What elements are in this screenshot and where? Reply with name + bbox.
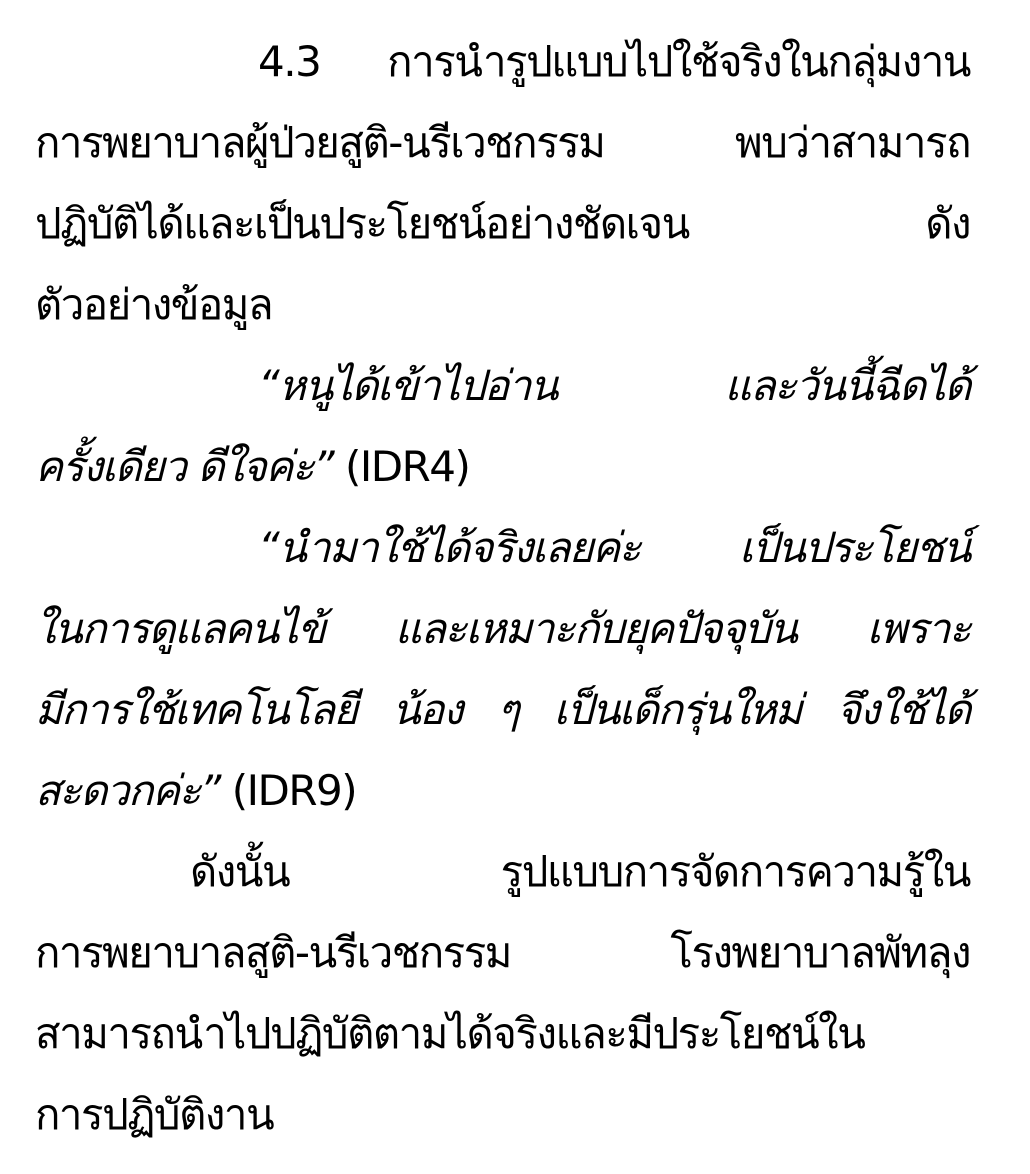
quote-text: ครั้งเดียว ดีใจค่ะ” bbox=[35, 442, 333, 491]
body-text-line: สามารถนำไปปฏิบัติตามได้จริงและมีประโยชน์… bbox=[35, 994, 970, 1074]
interview-reference: (IDR9) bbox=[232, 766, 356, 815]
quote-text-line: “นำมาใช้ได้จริงเลยค่ะ เป็นประโยชน์ bbox=[258, 508, 970, 588]
body-text-line: ดังนั้น รูปแบบการจัดการความรู้ใน bbox=[190, 832, 970, 912]
quote-text-line: สะดวกค่ะ” (IDR9) bbox=[35, 751, 970, 831]
body-text-line: ปฏิบัติได้และเป็นประโยชน์อย่างชัดเจน ดัง bbox=[35, 184, 970, 264]
body-text-line: ตัวอย่างข้อมูล bbox=[35, 265, 970, 345]
body-text-line: การพยาบาลสูติ-นรีเวชกรรม โรงพยาบาลพัทลุง bbox=[35, 913, 970, 993]
quote-text-line: ในการดูแลคนไข้ และเหมาะกับยุคปัจจุบัน เพ… bbox=[35, 589, 970, 669]
interview-reference: (IDR4) bbox=[345, 442, 469, 491]
document-page: 4.3 การนำรูปแบบไปใช้จริงในกลุ่มงาน การพย… bbox=[0, 0, 1030, 1174]
quote-text-line: ครั้งเดียว ดีใจค่ะ” (IDR4) bbox=[35, 427, 970, 507]
quote-text: สะดวกค่ะ” bbox=[35, 766, 220, 815]
section-heading-line: 4.3 การนำรูปแบบไปใช้จริงในกลุ่มงาน bbox=[258, 22, 970, 102]
body-text-line: การปฏิบัติงาน bbox=[35, 1075, 970, 1155]
quote-text-line: “หนูได้เข้าไปอ่าน และวันนี้ฉีดได้ bbox=[258, 346, 970, 426]
body-text-line: การพยาบาลผู้ป่วยสูติ-นรีเวชกรรม พบว่าสาม… bbox=[35, 103, 970, 183]
quote-text-line: มีการใช้เทคโนโลยี น้อง ๆ เป็นเด็กรุ่นใหม… bbox=[35, 670, 970, 750]
